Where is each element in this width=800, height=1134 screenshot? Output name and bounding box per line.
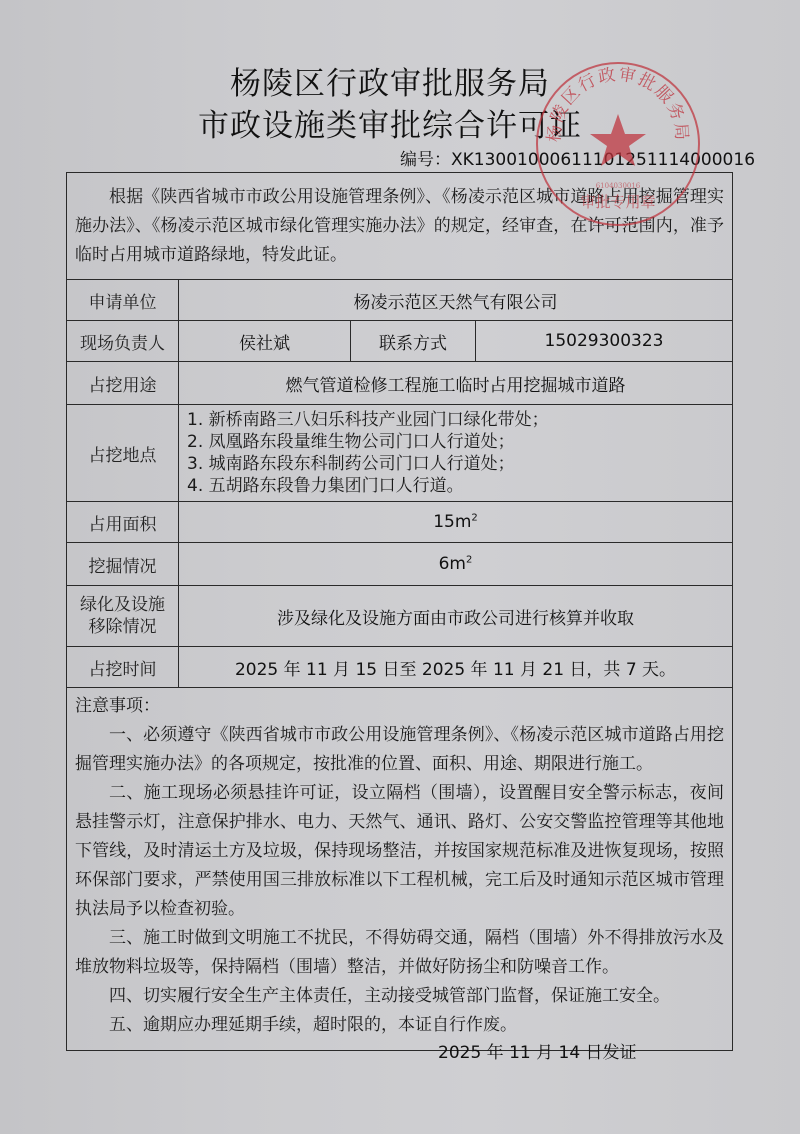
location-list: 1. 新桥南路三八妇乐科技产业园门口绿化带处； 2. 凤凰路东段量维生物公司门口… [179, 405, 733, 502]
location-item: 3. 城南路东段东科制药公司门口人行道处； [187, 453, 732, 475]
area-label: 占用面积 [67, 502, 179, 543]
purpose-value: 燃气管道检修工程施工临时占用挖掘城市道路 [179, 362, 733, 405]
dig-superscript: 2 [466, 554, 472, 565]
note-item: 一、必须遵守《陕西省城市市政公用设施管理条例》、《杨凌示范区城市道路占用挖掘管理… [75, 721, 724, 779]
location-label: 占挖地点 [67, 405, 179, 502]
serial-number: 编号：XK13001000611101251114000016 [400, 145, 755, 170]
issue-date: 2025 年 11 月 14 日发证 [438, 1038, 637, 1063]
time-value: 2025 年 11 月 15 日至 2025 年 11 月 21 日，共 7 天… [179, 647, 733, 688]
dig-label: 挖掘情况 [67, 543, 179, 586]
dig-number: 6m [439, 554, 466, 574]
contact-value: 15029300323 [476, 321, 733, 362]
permit-title: 市政设施类审批综合许可证 [0, 100, 790, 145]
note-item: 二、施工现场必须悬挂许可证，设立隔档（围墙），设置醒目安全警示标志，夜间悬挂警示… [75, 779, 724, 924]
green-removal-label: 绿化及设施 移除情况 [67, 586, 179, 647]
site-manager-value: 侯社斌 [179, 321, 351, 362]
time-label: 占挖时间 [67, 647, 179, 688]
green-label-line1: 绿化及设施 [67, 594, 178, 616]
contact-label: 联系方式 [351, 321, 476, 362]
note-item: 四、切实履行安全生产主体责任，主动接受城管部门监督，保证施工安全。 [75, 982, 724, 1011]
applicant-value: 杨凌示范区天然气有限公司 [179, 280, 733, 321]
issuer-title: 杨陵区行政审批服务局 [0, 58, 790, 103]
green-label-line2: 移除情况 [67, 616, 178, 638]
location-item: 1. 新桥南路三八妇乐科技产业园门口绿化带处； [187, 409, 732, 431]
note-item: 三、施工时做到文明施工不扰民，不得妨碍交通，隔档（围墙）外不得排放污水及堆放物料… [75, 924, 724, 982]
area-superscript: 2 [471, 512, 477, 523]
purpose-label: 占挖用途 [67, 362, 179, 405]
permit-table: 根据《陕西省城市市政公用设施管理条例》、《杨凌示范区城市道路占用挖掘管理实施办法… [66, 172, 733, 1051]
green-removal-value: 涉及绿化及设施方面由市政公司进行核算并收取 [179, 586, 733, 647]
notes-section: 注意事项： 一、必须遵守《陕西省城市市政公用设施管理条例》、《杨凌示范区城市道路… [67, 688, 733, 1051]
notes-heading: 注意事项： [75, 692, 724, 721]
serial-label: 编号： [400, 150, 451, 170]
serial-value: XK13001000611101251114000016 [451, 150, 755, 170]
location-item: 2. 凤凰路东段量维生物公司门口人行道处； [187, 431, 732, 453]
intro-paragraph: 根据《陕西省城市市政公用设施管理条例》、《杨凌示范区城市道路占用挖掘管理实施办法… [67, 173, 733, 280]
applicant-label: 申请单位 [67, 280, 179, 321]
location-item: 4. 五胡路东段鲁力集团门口人行道。 [187, 475, 732, 497]
note-item: 五、逾期应办理延期手续，超时限的，本证自行作废。 [75, 1011, 724, 1040]
site-manager-label: 现场负责人 [67, 321, 179, 362]
dig-value: 6m2 [179, 543, 733, 586]
area-number: 15m [433, 512, 471, 532]
area-value: 15m2 [179, 502, 733, 543]
